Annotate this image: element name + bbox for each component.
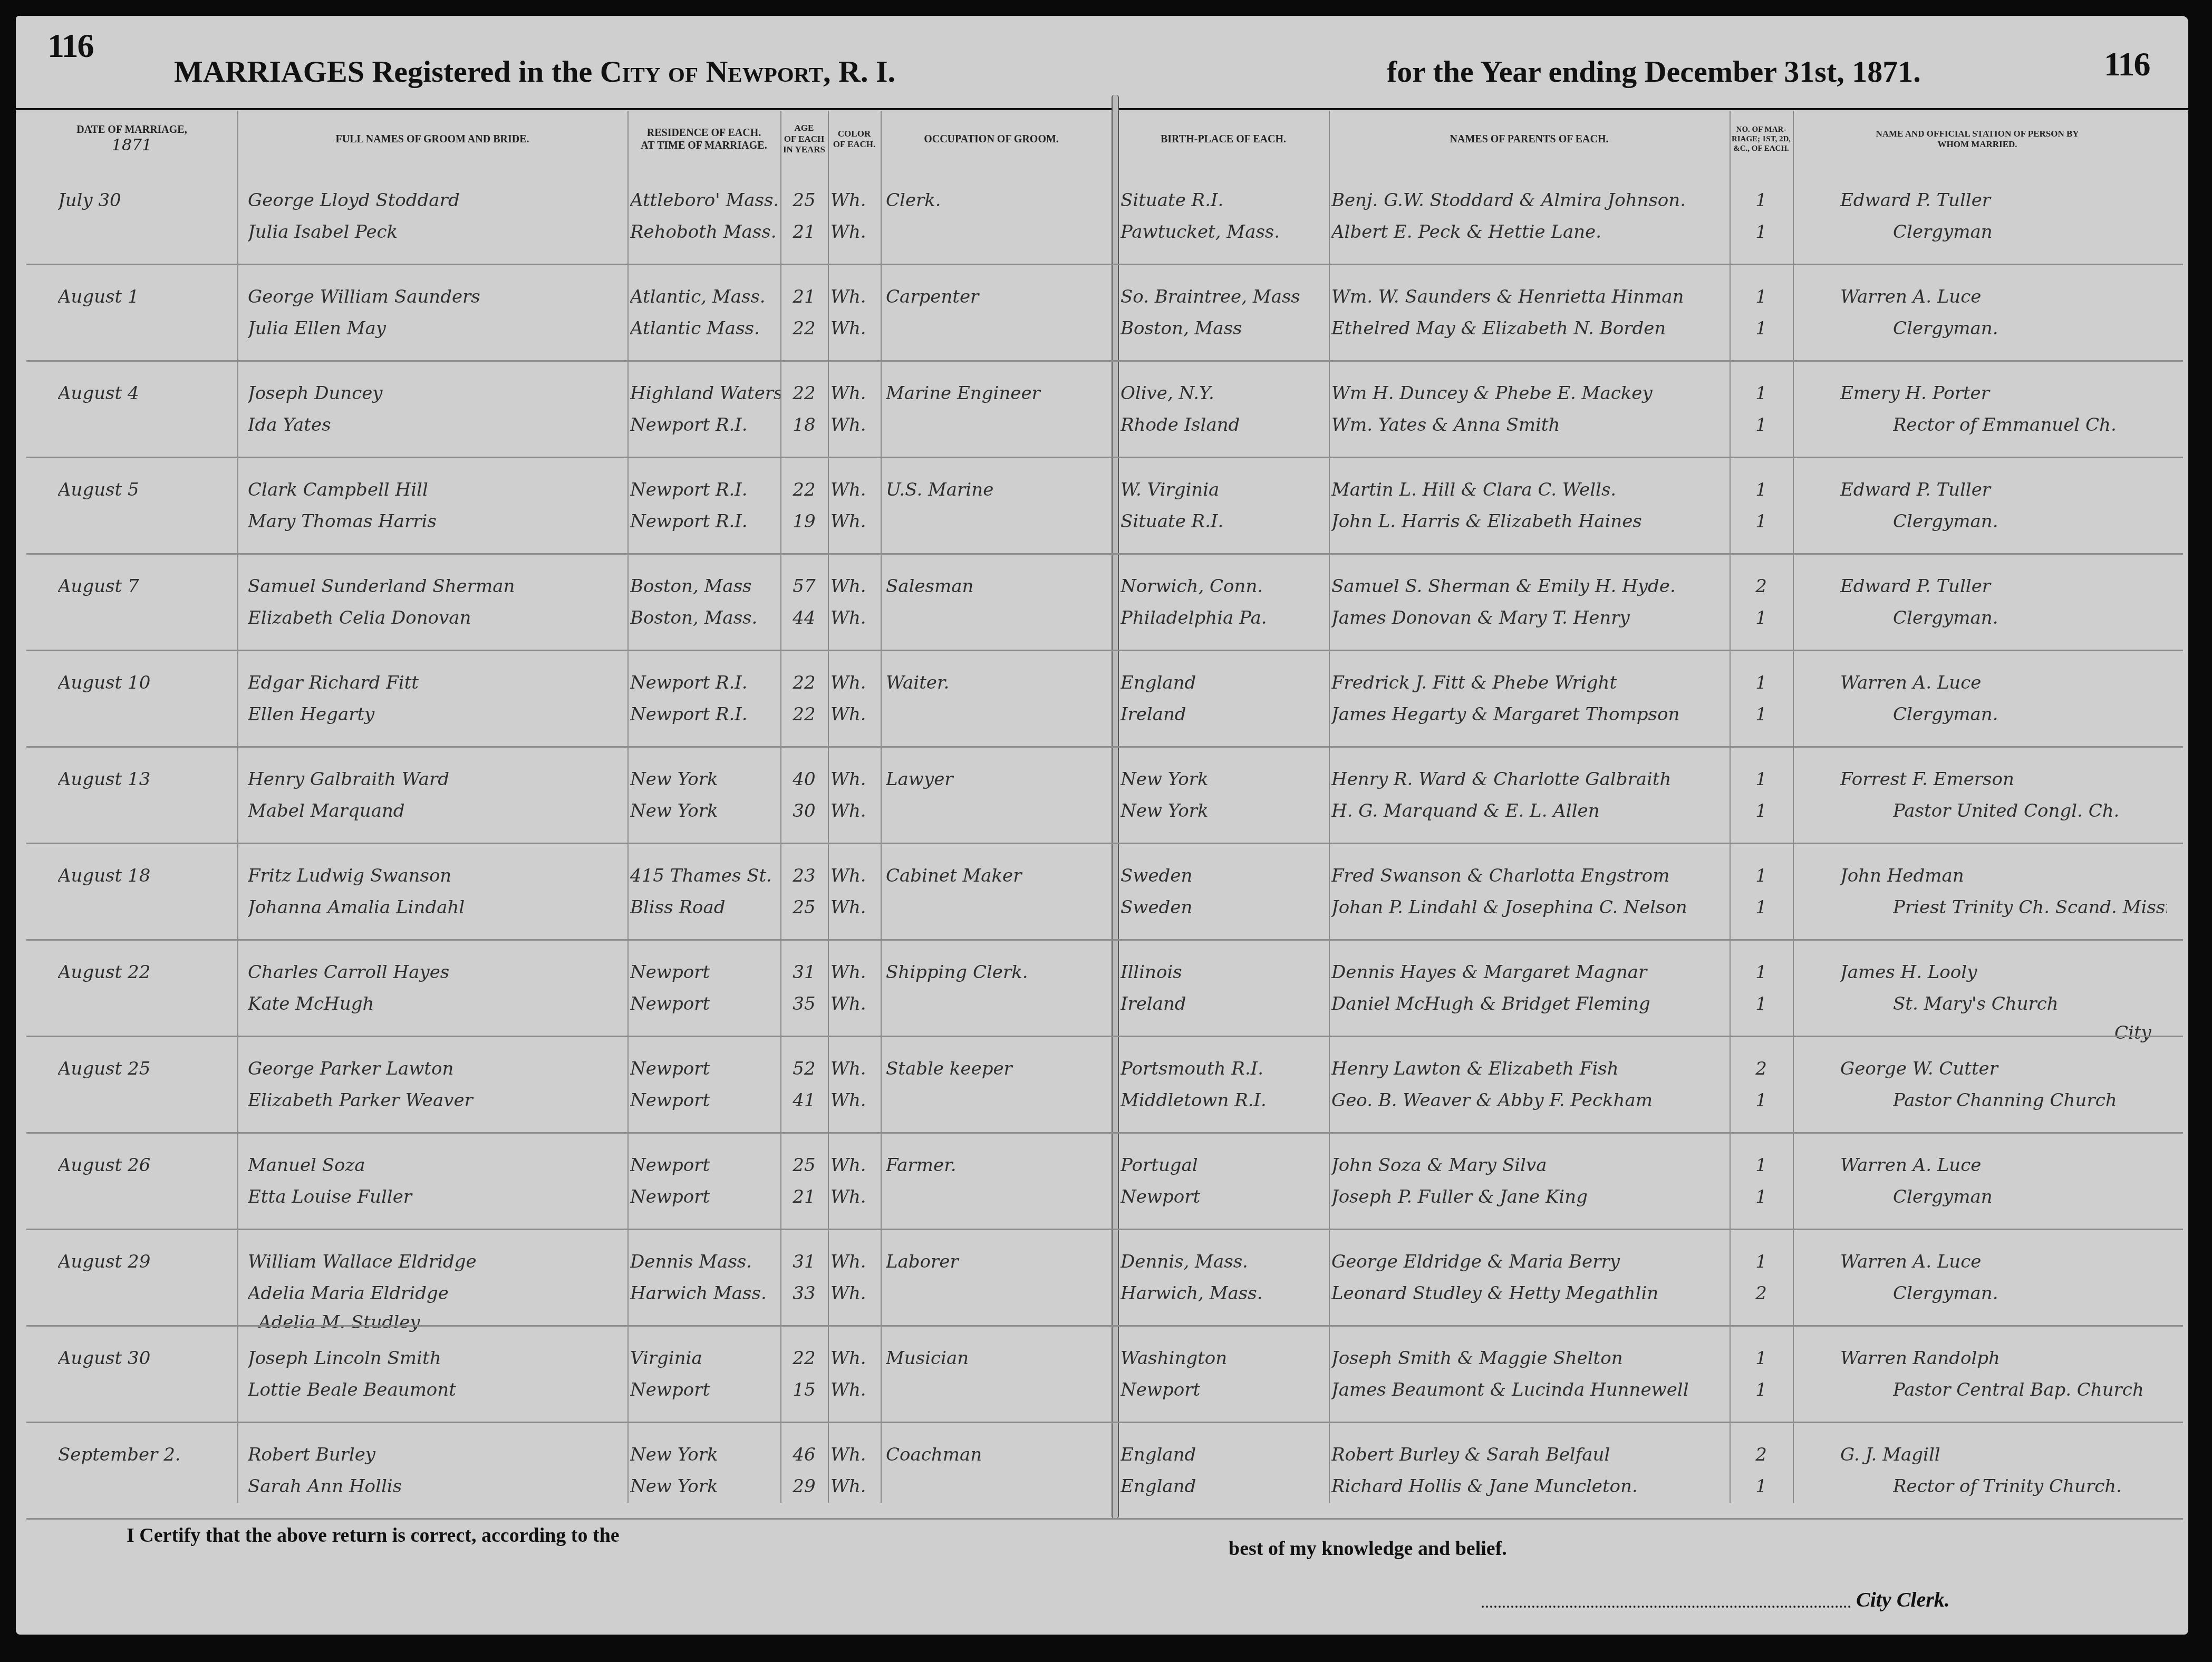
bride-residence: Boston, Mass. bbox=[630, 607, 780, 629]
groom-age: 22 bbox=[783, 1348, 825, 1369]
table-row: August 1George William SaundersJulia Ell… bbox=[16, 265, 2188, 362]
groom-color: Wh. bbox=[830, 1348, 878, 1369]
table-row: August 18Fritz Ludwig SwansonJohanna Ama… bbox=[16, 844, 2188, 941]
groom-color: Wh. bbox=[830, 576, 878, 597]
bride-name: Elizabeth Celia Donovan bbox=[248, 607, 627, 629]
groom-residence: Dennis Mass. bbox=[630, 1251, 780, 1272]
bride-age: 41 bbox=[783, 1090, 825, 1111]
groom-color: Wh. bbox=[830, 1444, 878, 1465]
groom-marriage-number: 2 bbox=[1732, 576, 1790, 597]
bride-age: 30 bbox=[783, 800, 825, 822]
bride-birthplace: Philadelphia Pa. bbox=[1121, 607, 1326, 629]
groom-residence: Attleboro' Mass. bbox=[630, 190, 780, 211]
groom-occupation: Carpenter bbox=[886, 286, 1097, 307]
groom-marriage-number: 1 bbox=[1732, 1251, 1790, 1272]
groom-color: Wh. bbox=[830, 286, 878, 307]
groom-color: Wh. bbox=[830, 1251, 878, 1272]
bride-marriage-number: 2 bbox=[1732, 1283, 1790, 1304]
groom-age: 31 bbox=[783, 962, 825, 983]
officiant-name: G. J. Magill bbox=[1840, 1444, 2157, 1465]
right-page-number: 116 bbox=[2104, 45, 2149, 84]
bride-parents: Johan P. Lindahl & Josephina C. Nelson bbox=[1331, 897, 1727, 918]
groom-parents: Samuel S. Sherman & Emily H. Hyde. bbox=[1331, 576, 1727, 597]
officiant-title: Clergyman. bbox=[1893, 318, 2167, 339]
groom-residence: Highland Waters, N.Y. bbox=[630, 383, 780, 404]
header-age: Age of each in years bbox=[780, 111, 828, 168]
table-row: August 25George Parker LawtonElizabeth P… bbox=[16, 1037, 2188, 1134]
groom-occupation: Clerk. bbox=[886, 190, 1097, 211]
bride-parents: James Hegarty & Margaret Thompson bbox=[1331, 704, 1727, 725]
officiant-name: Warren A. Luce bbox=[1840, 672, 2157, 693]
header-rule bbox=[16, 108, 2188, 110]
groom-parents: George Eldridge & Maria Berry bbox=[1331, 1251, 1727, 1272]
groom-color: Wh. bbox=[830, 479, 878, 500]
officiant-title: Priest Trinity Ch. Scand. Mission bbox=[1893, 897, 2167, 918]
bride-birthplace: Newport bbox=[1121, 1186, 1326, 1207]
groom-name: Joseph Duncey bbox=[248, 383, 627, 404]
bride-name: Kate McHugh bbox=[248, 993, 627, 1014]
groom-parents: Benj. G.W. Stoddard & Almira Johnson. bbox=[1331, 190, 1727, 211]
bride-age: 15 bbox=[783, 1379, 825, 1400]
bride-parents: Wm. Yates & Anna Smith bbox=[1331, 414, 1727, 436]
bride-color: Wh. bbox=[830, 1090, 878, 1111]
groom-occupation: Farmer. bbox=[886, 1155, 1097, 1176]
bride-age: 19 bbox=[783, 511, 825, 532]
groom-residence: New York bbox=[630, 769, 780, 790]
groom-marriage-number: 1 bbox=[1732, 190, 1790, 211]
bride-residence: Harwich Mass. bbox=[630, 1283, 780, 1304]
groom-birthplace: Norwich, Conn. bbox=[1121, 576, 1326, 597]
groom-residence: Newport R.I. bbox=[630, 672, 780, 693]
bride-birthplace: New York bbox=[1121, 800, 1326, 822]
left-page-number: 116 bbox=[47, 26, 93, 65]
bride-residence: New York bbox=[630, 800, 780, 822]
header-color: Color of each. bbox=[828, 111, 881, 168]
groom-birthplace: England bbox=[1121, 1444, 1326, 1465]
bride-marriage-number: 1 bbox=[1732, 704, 1790, 725]
bride-marriage-number: 1 bbox=[1732, 993, 1790, 1014]
officiant-title: Rector of Trinity Church. bbox=[1893, 1476, 2167, 1497]
bride-marriage-number: 1 bbox=[1732, 1090, 1790, 1111]
bride-age: 29 bbox=[783, 1476, 825, 1497]
bride-name: Ellen Hegarty bbox=[248, 704, 627, 725]
bride-color: Wh. bbox=[830, 800, 878, 822]
bride-marriage-number: 1 bbox=[1732, 1186, 1790, 1207]
header-parents: Names of Parents of Each. bbox=[1329, 111, 1730, 168]
groom-parents: Martin L. Hill & Clara C. Wells. bbox=[1331, 479, 1727, 500]
groom-name: George Parker Lawton bbox=[248, 1058, 627, 1079]
groom-age: 31 bbox=[783, 1251, 825, 1272]
groom-occupation: Lawyer bbox=[886, 769, 1097, 790]
groom-color: Wh. bbox=[830, 1155, 878, 1176]
bride-name: Ida Yates bbox=[248, 414, 627, 436]
bride-age: 21 bbox=[783, 221, 825, 243]
header-residence: Residence of Each. at Time of Marriage. bbox=[627, 111, 780, 168]
date: August 10 bbox=[58, 672, 227, 693]
groom-occupation: Laborer bbox=[886, 1251, 1097, 1272]
groom-parents: Wm H. Duncey & Phebe E. Mackey bbox=[1331, 383, 1727, 404]
officiant-name: Warren A. Luce bbox=[1840, 286, 2157, 307]
header-birthplace: Birth-Place of Each. bbox=[1118, 111, 1329, 168]
groom-age: 46 bbox=[783, 1444, 825, 1465]
officiant-name: Warren Randolph bbox=[1840, 1348, 2157, 1369]
title-middle: Registered in the bbox=[372, 54, 592, 89]
bride-residence: Newport bbox=[630, 1379, 780, 1400]
officiant-name: John Hedman bbox=[1840, 865, 2157, 886]
table-row: August 10Edgar Richard FittEllen Hegarty… bbox=[16, 651, 2188, 748]
groom-residence: Newport bbox=[630, 1155, 780, 1176]
right-page-title: for the Year ending December 31st, 1871. bbox=[1387, 54, 1921, 89]
bride-parents: James Beaumont & Lucinda Hunnewell bbox=[1331, 1379, 1727, 1400]
header-names: Full Names of Groom and Bride. bbox=[237, 111, 627, 168]
groom-parents: Fred Swanson & Charlotta Engstrom bbox=[1331, 865, 1727, 886]
table-row: August 26Manuel SozaEtta Louise FullerNe… bbox=[16, 1134, 2188, 1230]
city-clerk-label: City Clerk. bbox=[1856, 1587, 1950, 1612]
groom-age: 52 bbox=[783, 1058, 825, 1079]
groom-name: Edgar Richard Fitt bbox=[248, 672, 627, 693]
header-occupation: Occupation of Groom. bbox=[881, 111, 1102, 168]
table-row: August 13Henry Galbraith WardMabel Marqu… bbox=[16, 748, 2188, 844]
table-row: August 30Joseph Lincoln SmithLottie Beal… bbox=[16, 1327, 2188, 1423]
bride-birthplace: England bbox=[1121, 1476, 1326, 1497]
bride-residence: Atlantic Mass. bbox=[630, 318, 780, 339]
groom-residence: Atlantic, Mass. bbox=[630, 286, 780, 307]
bride-color: Wh. bbox=[830, 511, 878, 532]
bride-parents: Ethelred May & Elizabeth N. Borden bbox=[1331, 318, 1727, 339]
officiant-name: Edward P. Tuller bbox=[1840, 190, 2157, 211]
officiant-name: Emery H. Porter bbox=[1840, 383, 2157, 404]
header-officiant: Name and Official Station of Person by W… bbox=[1793, 111, 2162, 168]
groom-occupation: Musician bbox=[886, 1348, 1097, 1369]
officiant-title: Pastor United Congl. Ch. bbox=[1893, 800, 2167, 822]
officiant-name: James H. Looly bbox=[1840, 962, 2157, 983]
date: August 4 bbox=[58, 383, 227, 404]
bride-residence: Newport bbox=[630, 993, 780, 1014]
officiant-title: Clergyman. bbox=[1893, 607, 2167, 629]
groom-residence: Newport bbox=[630, 962, 780, 983]
bride-color: Wh. bbox=[830, 1476, 878, 1497]
groom-name: Manuel Soza bbox=[248, 1155, 627, 1176]
date: August 18 bbox=[58, 865, 227, 886]
officiant-title: Pastor Central Bap. Church bbox=[1893, 1379, 2167, 1400]
bride-birthplace: Ireland bbox=[1121, 704, 1326, 725]
bride-age: 22 bbox=[783, 704, 825, 725]
groom-birthplace: Illinois bbox=[1121, 962, 1326, 983]
date: July 30 bbox=[58, 190, 227, 211]
bride-residence: Newport bbox=[630, 1186, 780, 1207]
officiant-title: Clergyman bbox=[1893, 221, 2167, 243]
groom-age: 22 bbox=[783, 479, 825, 500]
title-city: City of Newport, R. I. bbox=[600, 54, 895, 89]
officiant-title: Clergyman. bbox=[1893, 704, 2167, 725]
groom-marriage-number: 1 bbox=[1732, 865, 1790, 886]
bride-birthplace: Rhode Island bbox=[1121, 414, 1326, 436]
table-row: August 29William Wallace EldridgeAdelia … bbox=[16, 1230, 2188, 1327]
date: August 22 bbox=[58, 962, 227, 983]
groom-parents: Henry Lawton & Elizabeth Fish bbox=[1331, 1058, 1727, 1079]
bride-residence: Newport R.I. bbox=[630, 704, 780, 725]
bride-color: Wh. bbox=[830, 607, 878, 629]
bride-age: 18 bbox=[783, 414, 825, 436]
groom-color: Wh. bbox=[830, 962, 878, 983]
groom-occupation: U.S. Marine bbox=[886, 479, 1097, 500]
bride-age: 35 bbox=[783, 993, 825, 1014]
groom-marriage-number: 1 bbox=[1732, 1348, 1790, 1369]
bride-birthplace: Newport bbox=[1121, 1379, 1326, 1400]
groom-parents: Dennis Hayes & Margaret Magnar bbox=[1331, 962, 1727, 983]
bride-parents: Leonard Studley & Hetty Megathlin bbox=[1331, 1283, 1727, 1304]
bride-marriage-number: 1 bbox=[1732, 511, 1790, 532]
date: August 30 bbox=[58, 1348, 227, 1369]
register-book: 116 MARRIAGES Registered in the City of … bbox=[16, 16, 2188, 1635]
bride-marriage-number: 1 bbox=[1732, 800, 1790, 822]
date: August 29 bbox=[58, 1251, 227, 1272]
bride-parents: Albert E. Peck & Hettie Lane. bbox=[1331, 221, 1727, 243]
date: September 2. bbox=[58, 1444, 227, 1465]
table-row: August 5Clark Campbell HillMary Thomas H… bbox=[16, 458, 2188, 555]
groom-color: Wh. bbox=[830, 769, 878, 790]
groom-name: Charles Carroll Hayes bbox=[248, 962, 627, 983]
bride-marriage-number: 1 bbox=[1732, 607, 1790, 629]
column-headers: Date of Marriage, 1871 Full Names of Gro… bbox=[16, 111, 2188, 168]
bride-age: 25 bbox=[783, 897, 825, 918]
groom-marriage-number: 1 bbox=[1732, 286, 1790, 307]
officiant-name: George W. Cutter bbox=[1840, 1058, 2157, 1079]
bride-name: Elizabeth Parker Weaver bbox=[248, 1090, 627, 1111]
groom-name: Robert Burley bbox=[248, 1444, 627, 1465]
groom-residence: Newport bbox=[630, 1058, 780, 1079]
bride-marriage-number: 1 bbox=[1732, 318, 1790, 339]
groom-age: 22 bbox=[783, 383, 825, 404]
officiant-title: Rector of Emmanuel Ch. bbox=[1893, 414, 2167, 436]
groom-marriage-number: 1 bbox=[1732, 962, 1790, 983]
bride-name: Sarah Ann Hollis bbox=[248, 1476, 627, 1497]
groom-birthplace: So. Braintree, Mass bbox=[1121, 286, 1326, 307]
groom-birthplace: Sweden bbox=[1121, 865, 1326, 886]
bride-color: Wh. bbox=[830, 221, 878, 243]
groom-occupation: Shipping Clerk. bbox=[886, 962, 1097, 983]
table-row: August 4Joseph DunceyIda YatesHighland W… bbox=[16, 362, 2188, 458]
officiant-name: Edward P. Tuller bbox=[1840, 576, 2157, 597]
bride-color: Wh. bbox=[830, 1379, 878, 1400]
groom-birthplace: W. Virginia bbox=[1121, 479, 1326, 500]
bride-marriage-number: 1 bbox=[1732, 1379, 1790, 1400]
table-row: September 2.Robert BurleySarah Ann Holli… bbox=[16, 1423, 2188, 1520]
groom-birthplace: Portugal bbox=[1121, 1155, 1326, 1176]
groom-marriage-number: 1 bbox=[1732, 1155, 1790, 1176]
bride-birthplace: Ireland bbox=[1121, 993, 1326, 1014]
groom-birthplace: Dennis, Mass. bbox=[1121, 1251, 1326, 1272]
groom-birthplace: New York bbox=[1121, 769, 1326, 790]
table-row: July 30George Lloyd StoddardJulia Isabel… bbox=[16, 169, 2188, 265]
date: August 1 bbox=[58, 286, 227, 307]
bride-parents: H. G. Marquand & E. L. Allen bbox=[1331, 800, 1727, 822]
groom-name: Clark Campbell Hill bbox=[248, 479, 627, 500]
groom-birthplace: Olive, N.Y. bbox=[1121, 383, 1326, 404]
table-row: August 7Samuel Sunderland ShermanElizabe… bbox=[16, 555, 2188, 651]
officiant-title: St. Mary's Church bbox=[1893, 993, 2167, 1014]
bride-residence: Rehoboth Mass. bbox=[630, 221, 780, 243]
groom-marriage-number: 1 bbox=[1732, 769, 1790, 790]
groom-parents: Wm. W. Saunders & Henrietta Hinman bbox=[1331, 286, 1727, 307]
bride-name: Julia Ellen May bbox=[248, 318, 627, 339]
groom-age: 23 bbox=[783, 865, 825, 886]
bride-color: Wh. bbox=[830, 704, 878, 725]
bride-parents: Daniel McHugh & Bridget Fleming bbox=[1331, 993, 1727, 1014]
groom-occupation: Coachman bbox=[886, 1444, 1097, 1465]
groom-color: Wh. bbox=[830, 1058, 878, 1079]
groom-color: Wh. bbox=[830, 190, 878, 211]
groom-marriage-number: 1 bbox=[1732, 672, 1790, 693]
bride-color: Wh. bbox=[830, 1186, 878, 1207]
bride-name: Lottie Beale Beaumont bbox=[248, 1379, 627, 1400]
groom-marriage-number: 1 bbox=[1732, 383, 1790, 404]
groom-name: George Lloyd Stoddard bbox=[248, 190, 627, 211]
groom-occupation: Salesman bbox=[886, 576, 1097, 597]
groom-marriage-number: 1 bbox=[1732, 479, 1790, 500]
groom-residence: Boston, Mass bbox=[630, 576, 780, 597]
date: August 26 bbox=[58, 1155, 227, 1176]
table-row: August 22Charles Carroll HayesKate McHug… bbox=[16, 941, 2188, 1037]
officiant-title: Clergyman bbox=[1893, 1186, 2167, 1207]
bride-birthplace: Boston, Mass bbox=[1121, 318, 1326, 339]
bride-name: Mary Thomas Harris bbox=[248, 511, 627, 532]
bride-name: Julia Isabel Peck bbox=[248, 221, 627, 243]
bride-name: Etta Louise Fuller bbox=[248, 1186, 627, 1207]
groom-residence: New York bbox=[630, 1444, 780, 1465]
groom-color: Wh. bbox=[830, 672, 878, 693]
bride-name: Johanna Amalia Lindahl bbox=[248, 897, 627, 918]
left-page-title: MARRIAGES Registered in the City of Newp… bbox=[174, 54, 895, 89]
officiant-name: Warren A. Luce bbox=[1840, 1251, 2157, 1272]
groom-parents: John Soza & Mary Silva bbox=[1331, 1155, 1727, 1176]
groom-parents: Fredrick J. Fitt & Phebe Wright bbox=[1331, 672, 1727, 693]
groom-marriage-number: 2 bbox=[1732, 1444, 1790, 1465]
bride-color: Wh. bbox=[830, 993, 878, 1014]
groom-age: 57 bbox=[783, 576, 825, 597]
bride-marriage-number: 1 bbox=[1732, 1476, 1790, 1497]
groom-residence: 415 Thames St. bbox=[630, 865, 780, 886]
groom-marriage-number: 2 bbox=[1732, 1058, 1790, 1079]
bride-color: Wh. bbox=[830, 414, 878, 436]
bride-color: Wh. bbox=[830, 318, 878, 339]
bride-residence: Newport R.I. bbox=[630, 414, 780, 436]
groom-occupation: Stable keeper bbox=[886, 1058, 1097, 1079]
bride-age: 22 bbox=[783, 318, 825, 339]
groom-color: Wh. bbox=[830, 865, 878, 886]
groom-occupation: Cabinet Maker bbox=[886, 865, 1097, 886]
groom-age: 25 bbox=[783, 190, 825, 211]
certification-right: best of my knowledge and belief. bbox=[1229, 1537, 1507, 1560]
groom-age: 22 bbox=[783, 672, 825, 693]
bride-color: Wh. bbox=[830, 1283, 878, 1304]
officiant-title: Pastor Channing Church bbox=[1893, 1090, 2167, 1111]
header-marriage-number: No. of Mar- riage; 1st, 2d, &c., of each… bbox=[1730, 111, 1793, 168]
groom-color: Wh. bbox=[830, 383, 878, 404]
groom-name: Samuel Sunderland Sherman bbox=[248, 576, 627, 597]
bride-residence: Newport R.I. bbox=[630, 511, 780, 532]
bride-marriage-number: 1 bbox=[1732, 897, 1790, 918]
header-year: 1871 bbox=[112, 136, 152, 155]
officiant-title: Clergyman. bbox=[1893, 1283, 2167, 1304]
groom-birthplace: Portsmouth R.I. bbox=[1121, 1058, 1326, 1079]
groom-name: Fritz Ludwig Swanson bbox=[248, 865, 627, 886]
certification-left: I Certify that the above return is corre… bbox=[127, 1524, 620, 1547]
bride-parents: James Donovan & Mary T. Henry bbox=[1331, 607, 1727, 629]
officiant-title: Clergyman. bbox=[1893, 511, 2167, 532]
groom-residence: Newport R.I. bbox=[630, 479, 780, 500]
bride-parents: Geo. B. Weaver & Abby F. Peckham bbox=[1331, 1090, 1727, 1111]
officiant-name: Warren A. Luce bbox=[1840, 1155, 2157, 1176]
groom-age: 21 bbox=[783, 286, 825, 307]
groom-birthplace: Situate R.I. bbox=[1121, 190, 1326, 211]
bride-residence: Bliss Road bbox=[630, 897, 780, 918]
date: August 25 bbox=[58, 1058, 227, 1079]
groom-age: 40 bbox=[783, 769, 825, 790]
groom-birthplace: Washington bbox=[1121, 1348, 1326, 1369]
bride-residence: New York bbox=[630, 1476, 780, 1497]
groom-occupation: Waiter. bbox=[886, 672, 1097, 693]
date: August 13 bbox=[58, 769, 227, 790]
groom-parents: Robert Burley & Sarah Belfaul bbox=[1331, 1444, 1727, 1465]
bride-age: 21 bbox=[783, 1186, 825, 1207]
groom-age: 25 bbox=[783, 1155, 825, 1176]
date: August 5 bbox=[58, 479, 227, 500]
bride-birthplace: Situate R.I. bbox=[1121, 511, 1326, 532]
bride-age: 44 bbox=[783, 607, 825, 629]
bride-birthplace: Middletown R.I. bbox=[1121, 1090, 1326, 1111]
groom-occupation: Marine Engineer bbox=[886, 383, 1097, 404]
bride-marriage-number: 1 bbox=[1732, 414, 1790, 436]
bride-residence: Newport bbox=[630, 1090, 780, 1111]
officiant-name: Edward P. Tuller bbox=[1840, 479, 2157, 500]
officiant-name: Forrest F. Emerson bbox=[1840, 769, 2157, 790]
bride-parents: John L. Harris & Elizabeth Haines bbox=[1331, 511, 1727, 532]
groom-name: William Wallace Eldridge bbox=[248, 1251, 627, 1272]
groom-residence: Virginia bbox=[630, 1348, 780, 1369]
signature-line[interactable] bbox=[1482, 1606, 1851, 1608]
date: August 7 bbox=[58, 576, 227, 597]
bride-name: Mabel Marquand bbox=[248, 800, 627, 822]
groom-birthplace: England bbox=[1121, 672, 1326, 693]
groom-parents: Henry R. Ward & Charlotte Galbraith bbox=[1331, 769, 1727, 790]
groom-parents: Joseph Smith & Maggie Shelton bbox=[1331, 1348, 1727, 1369]
bride-birthplace: Pawtucket, Mass. bbox=[1121, 221, 1326, 243]
bride-parents: Joseph P. Fuller & Jane King bbox=[1331, 1186, 1727, 1207]
bride-birthplace: Sweden bbox=[1121, 897, 1326, 918]
groom-name: Henry Galbraith Ward bbox=[248, 769, 627, 790]
bride-age: 33 bbox=[783, 1283, 825, 1304]
groom-name: Joseph Lincoln Smith bbox=[248, 1348, 627, 1369]
bride-marriage-number: 1 bbox=[1732, 221, 1790, 243]
bride-color: Wh. bbox=[830, 897, 878, 918]
bride-birthplace: Harwich, Mass. bbox=[1121, 1283, 1326, 1304]
groom-name: George William Saunders bbox=[248, 286, 627, 307]
bride-parents: Richard Hollis & Jane Muncleton. bbox=[1331, 1476, 1727, 1497]
title-prefix: MARRIAGES bbox=[174, 54, 364, 89]
bride-name: Adelia Maria Eldridge bbox=[248, 1283, 627, 1304]
row-divider bbox=[26, 1518, 2183, 1520]
header-date: Date of Marriage, 1871 bbox=[26, 111, 237, 168]
